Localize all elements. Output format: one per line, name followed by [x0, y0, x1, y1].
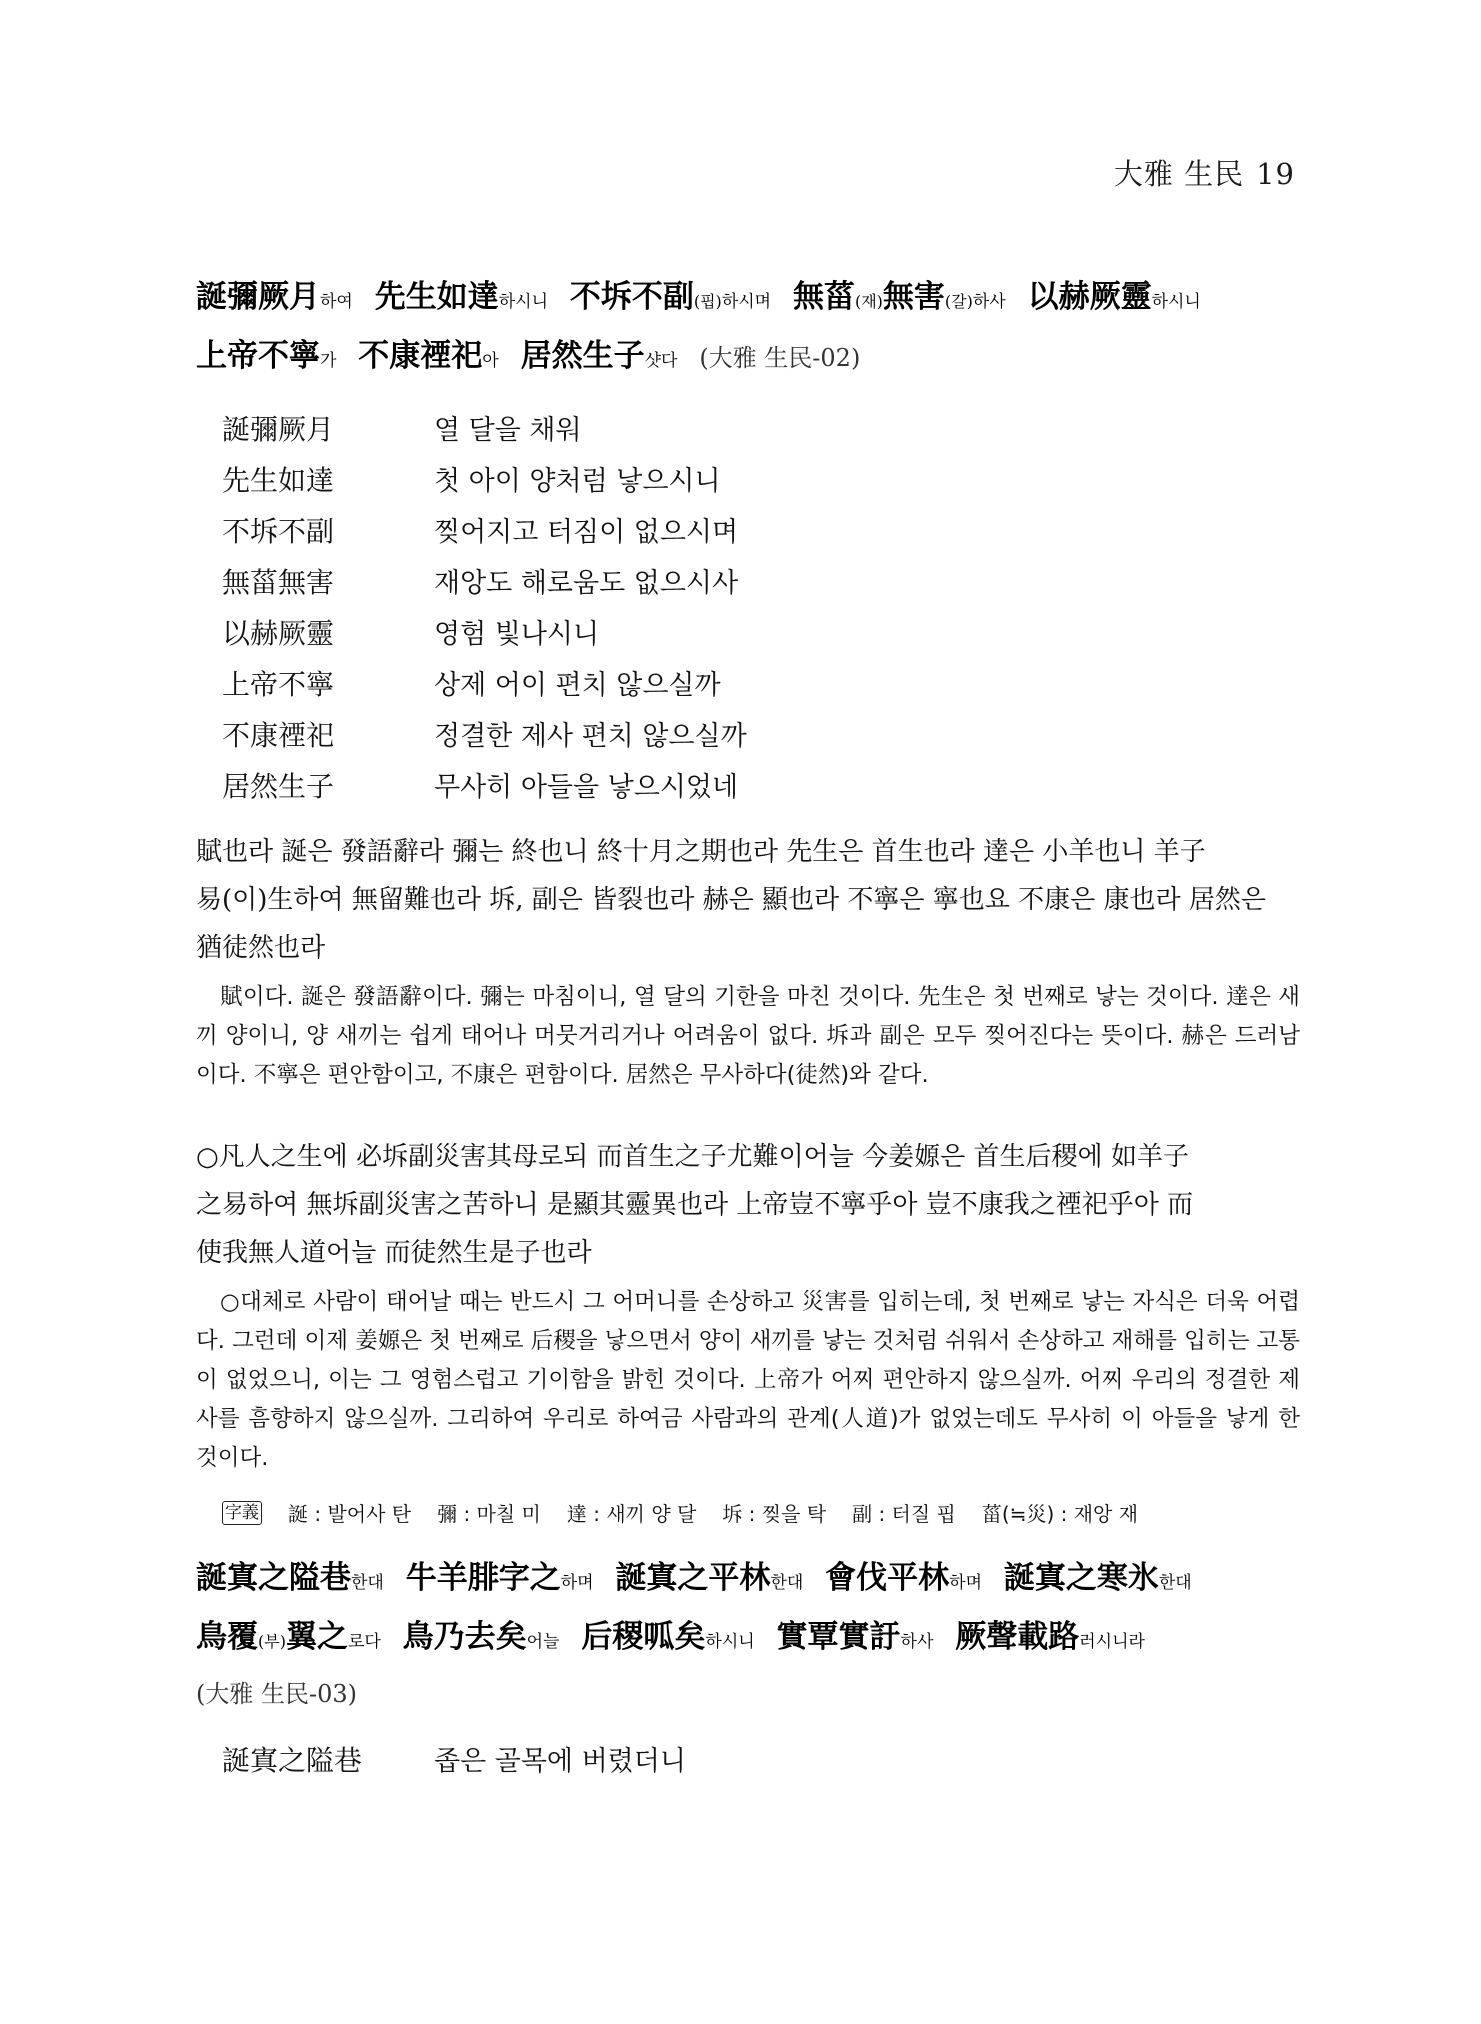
- verse-phrase: 居然生子샷다: [521, 338, 678, 374]
- verse-original-02: 誕彌厥月하여 先生如達하시니 不坼不副(핍)하시며 無菑(재)無害(갈)하사 以…: [196, 270, 1300, 388]
- running-header: 大雅 生民19: [1114, 152, 1295, 193]
- source-citation: (大雅 生民-03): [196, 1669, 1300, 1719]
- verse-phrase: 厥聲載路러시니라: [955, 1619, 1145, 1655]
- commentary-hanja-1: 賦也라 誕은 發語辭라 彌는 終也니 終十月之期也라 先生은 首生也라 達은 小…: [196, 828, 1300, 972]
- commentary-line: 賦也라 誕은 發語辭라 彌는 終也니 終十月之期也라 先生은 首生也라 達은 小…: [196, 828, 1300, 876]
- commentary-translation-2: ○대체로 사람이 태어날 때는 반드시 그 어머니를 손상하고 災害를 입히는데…: [196, 1283, 1300, 1478]
- verse-phrase: 鳥乃去矣어늘: [403, 1619, 560, 1655]
- verse-phrase: 無菑(재)無害(갈)하사: [793, 279, 1006, 315]
- gloss-row: 居然生子무사히 아들을 낳으시었네: [222, 759, 1300, 810]
- gloss-row: 上帝不寧상제 어이 편치 않으실까: [222, 657, 1300, 708]
- verse-phrase: 實覃實訏하사: [777, 1619, 934, 1655]
- verse-phrase: 誕寘之隘巷한대: [196, 1560, 384, 1596]
- verse-phrase: 以赫厥靈하시니: [1028, 279, 1201, 315]
- verse-phrase: 牛羊腓字之하며: [406, 1560, 594, 1596]
- gloss-row: 先生如達첫 아이 양처럼 낳으시니: [222, 453, 1300, 504]
- gloss-row: 以赫厥靈영험 빛나시니: [222, 606, 1300, 657]
- gloss-row: 無菑無害재앙도 해로움도 없으시사: [222, 555, 1300, 606]
- verse-phrase: 先生如達하시니: [375, 279, 548, 315]
- gloss-table-02: 誕彌厥月열 달을 채워 先生如達첫 아이 양처럼 낳으시니 不坼不副찢어지고 터…: [222, 402, 1300, 810]
- vocab-item: 彌 : 마칠 미: [437, 1498, 541, 1527]
- verse-line: 鳥覆(부)翼之로다 鳥乃去矣어늘 后稷呱矣하시니 實覃實訏하사 厥聲載路러시니라: [196, 1610, 1300, 1669]
- verse-phrase: 鳥覆(부)翼之로다: [196, 1619, 381, 1655]
- commentary-line: ○凡人之生에 必坼副災害其母로되 而首生之子尤難이어늘 今姜嫄은 首生后稷에 如…: [196, 1133, 1300, 1181]
- verse-line: 上帝不寧가 不康禋祀아 居然生子샷다 (大雅 生民-02): [196, 329, 1300, 388]
- header-title: 大雅 生民: [1114, 157, 1244, 191]
- gloss-row: 不坼不副찢어지고 터짐이 없으시며: [222, 504, 1300, 555]
- commentary-translation-1: 賦이다. 誕은 發語辭이다. 彌는 마침이니, 열 달의 기한을 마친 것이다.…: [196, 978, 1300, 1095]
- verse-line: 誕寘之隘巷한대 牛羊腓字之하며 誕寘之平林한대 會伐平林하며 誕寘之寒氷한대: [196, 1551, 1300, 1610]
- gloss-row: 誕寘之隘巷좁은 골목에 버렸더니: [222, 1733, 1300, 1784]
- page-body: 誕彌厥月하여 先生如達하시니 不坼不副(핍)하시며 無菑(재)無害(갈)하사 以…: [196, 270, 1300, 1784]
- verse-original-03: 誕寘之隘巷한대 牛羊腓字之하며 誕寘之平林한대 會伐平林하며 誕寘之寒氷한대 鳥…: [196, 1551, 1300, 1719]
- vocab-item: 副 : 터질 핍: [852, 1498, 956, 1527]
- verse-line: 誕彌厥月하여 先生如達하시니 不坼不副(핍)하시며 無菑(재)無害(갈)하사 以…: [196, 270, 1300, 329]
- vocab-item: 誕 : 발어사 탄: [288, 1498, 411, 1527]
- verse-phrase: 誕寘之寒氷한대: [1004, 1560, 1192, 1596]
- commentary-hanja-2: ○凡人之生에 必坼副災害其母로되 而首生之子尤難이어늘 今姜嫄은 首生后稷에 如…: [196, 1133, 1300, 1277]
- commentary-line: 使我無人道어늘 而徒然生是子也라: [196, 1229, 1300, 1277]
- verse-phrase: 誕寘之平林한대: [615, 1560, 803, 1596]
- vocab-item: 達 : 새끼 양 달: [567, 1498, 696, 1527]
- verse-phrase: 誕彌厥月하여: [196, 279, 353, 315]
- verse-phrase: 上帝不寧가: [196, 338, 336, 374]
- page-number: 19: [1256, 157, 1295, 191]
- commentary-line: 之易하여 無坼副災害之苦하니 是顯其靈異也라 上帝豈不寧乎아 豈不康我之禋祀乎아…: [196, 1181, 1300, 1229]
- source-citation: (大雅 生民-02): [699, 344, 860, 372]
- vocab-item: 坼 : 찢을 탁: [722, 1498, 826, 1527]
- gloss-row: 不康禋祀정결한 제사 편치 않으실까: [222, 708, 1300, 759]
- verse-phrase: 后稷呱矣하시니: [581, 1619, 754, 1655]
- vocab-item: 菑(≒災) : 재앙 재: [982, 1498, 1138, 1527]
- gloss-table-03: 誕寘之隘巷좁은 골목에 버렸더니: [222, 1733, 1300, 1784]
- verse-phrase: 不康禋祀아: [358, 338, 498, 374]
- commentary-line: 猶徒然也라: [196, 924, 1300, 972]
- vocab-badge: 字義: [222, 1501, 262, 1525]
- commentary-line: 易(이)生하여 無留難也라 坼, 副은 皆裂也라 赫은 顯也라 不寧은 寧也요 …: [196, 876, 1300, 924]
- verse-phrase: 不坼不副(핍)하시며: [570, 279, 771, 315]
- verse-phrase: 會伐平林하며: [825, 1560, 982, 1596]
- gloss-row: 誕彌厥月열 달을 채워: [222, 402, 1300, 453]
- vocabulary-notes: 字義 誕 : 발어사 탄 彌 : 마칠 미 達 : 새끼 양 달 坼 : 찢을 …: [222, 1498, 1300, 1527]
